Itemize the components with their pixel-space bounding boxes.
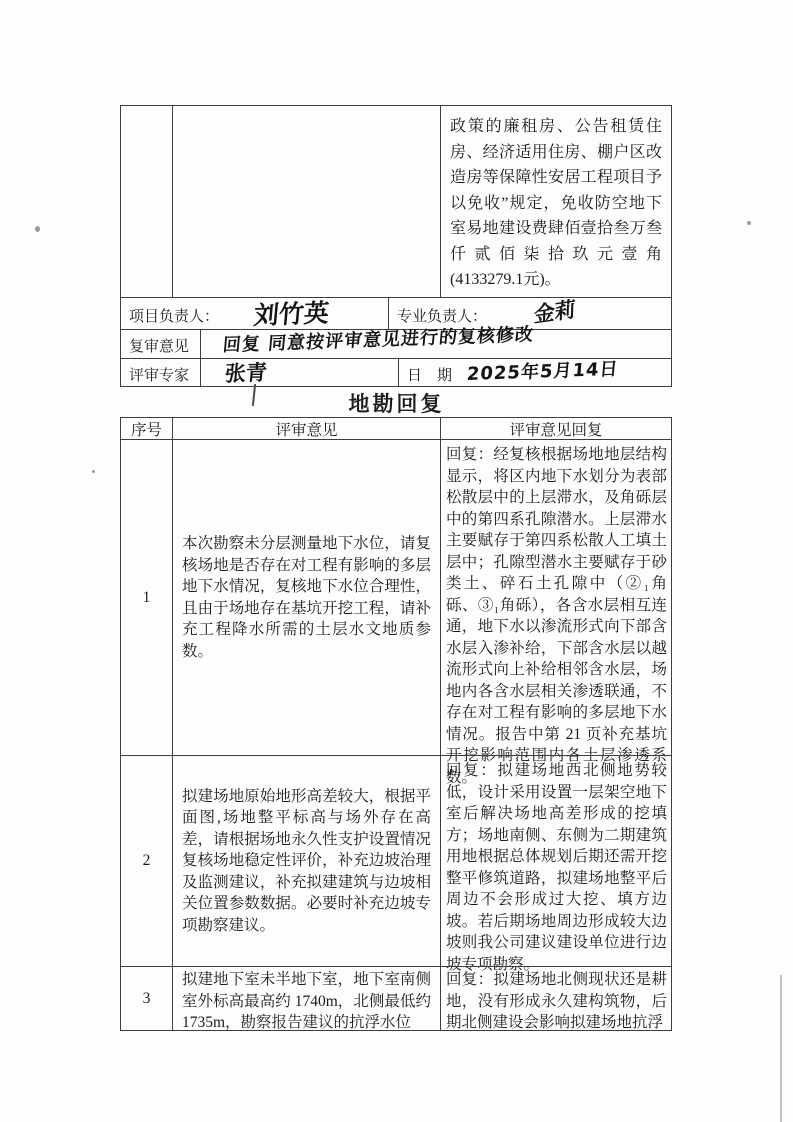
continuation-reply-text: 政策的廉租房、公告租赁住房、经济适用住房、棚户区改造房等保障性安居工程项目予以免… — [441, 106, 671, 293]
project-manager-label: 项目负责人： — [121, 302, 226, 326]
page-edge-artifact — [780, 975, 782, 1122]
date-value-handwritten: 2025年5月14日 — [466, 354, 620, 385]
date-cell: 日 期 2025年5月14日 — [398, 358, 672, 387]
review-expert-signature-cell: 张青 — [200, 358, 399, 387]
reply-text: 回复：拟建场地西北侧地势较低，设计采用设置一层架空地下室后解决场地高差形成的挖填… — [441, 756, 671, 975]
continuation-cell-no — [120, 105, 173, 298]
scan-artifact-dot — [35, 226, 40, 232]
review-expert-signature: 张青 — [224, 356, 269, 388]
header-no: 序号 — [120, 417, 173, 440]
table-row-3-opinion: 拟建地下室未半地下室，地下室南侧室外标高最高约 1740m，北侧最低约 1735… — [172, 966, 441, 1031]
review-expert-label: 评审专家 — [121, 361, 196, 385]
table-row-2-reply: 回复：拟建场地西北侧地势较低，设计采用设置一层架空地下室后解决场地高差形成的挖填… — [440, 755, 672, 967]
continuation-cell-reply: 政策的廉租房、公告租赁住房、经济适用住房、棚户区改造房等保障性安居工程项目予以免… — [440, 105, 672, 298]
opinion-text: 本次勘察未分层测量地下水位，请复核场地是否存在对工程有影响的多层地下水情况，复核… — [173, 533, 440, 662]
review-expert-label-cell: 评审专家 — [120, 358, 201, 387]
review-opinion-label-cell: 复审意见 — [120, 329, 201, 359]
project-manager-signature: 刘竹英 — [252, 293, 330, 332]
header-reply: 评审意见回复 — [440, 417, 672, 440]
table-row-2-no: 2 — [120, 755, 173, 967]
review-opinion-label: 复审意见 — [121, 332, 196, 356]
scan-artifact-dot — [747, 221, 751, 225]
project-manager-cell: 项目负责人： 刘竹英 — [120, 297, 389, 330]
document-page: 政策的廉租房、公告租赁住房、经济适用住房、棚户区改造房等保障性安居工程项目予以免… — [0, 0, 793, 1122]
row-number: 1 — [143, 589, 151, 607]
professional-manager-signature: 金莉 — [533, 292, 576, 328]
row-number: 2 — [143, 852, 151, 870]
table-row-3-reply: 回复：拟建场地北侧现状还是耕地，没有形成永久建构筑物，后期北侧建设会影响拟建场地… — [440, 966, 672, 1031]
reply-text: 回复：拟建场地北侧现状还是耕地，没有形成永久建构筑物，后期北侧建设会影响拟建场地… — [441, 967, 671, 1034]
header-reply-label: 评审意见回复 — [509, 418, 602, 440]
opinion-text: 拟建地下室未半地下室，地下室南侧室外标高最高约 1740m，北侧最低约 1735… — [173, 967, 440, 1034]
header-no-label: 序号 — [131, 418, 162, 440]
header-opinion-label: 评审意见 — [275, 418, 337, 440]
opinion-text: 拟建场地原始地形高差较大，根据平面图,场地整平标高与场外存在高差，请根据场地永久… — [173, 786, 440, 937]
table-row-1-reply: 回复：经复核根据场地地层结构显示，将区内地下水划分为表部松散层中的上层滞水，及角… — [440, 439, 672, 756]
row-number: 3 — [143, 990, 151, 1008]
table-row-3-no: 3 — [120, 966, 173, 1031]
reply-text: 回复：经复核根据场地地层结构显示，将区内地下水划分为表部松散层中的上层滞水，及角… — [441, 440, 671, 788]
continuation-cell-opinion — [172, 105, 441, 298]
scan-artifact-dot — [92, 470, 95, 473]
page-title: 地勘回复 — [0, 388, 793, 418]
table-row-1-opinion: 本次勘察未分层测量地下水位，请复核场地是否存在对工程有影响的多层地下水情况，复核… — [172, 439, 441, 756]
table-row-1-no: 1 — [120, 439, 173, 756]
date-label: 日 期 — [399, 361, 459, 385]
header-opinion: 评审意见 — [172, 417, 441, 440]
table-row-2-opinion: 拟建场地原始地形高差较大，根据平面图,场地整平标高与场外存在高差，请根据场地永久… — [172, 755, 441, 967]
